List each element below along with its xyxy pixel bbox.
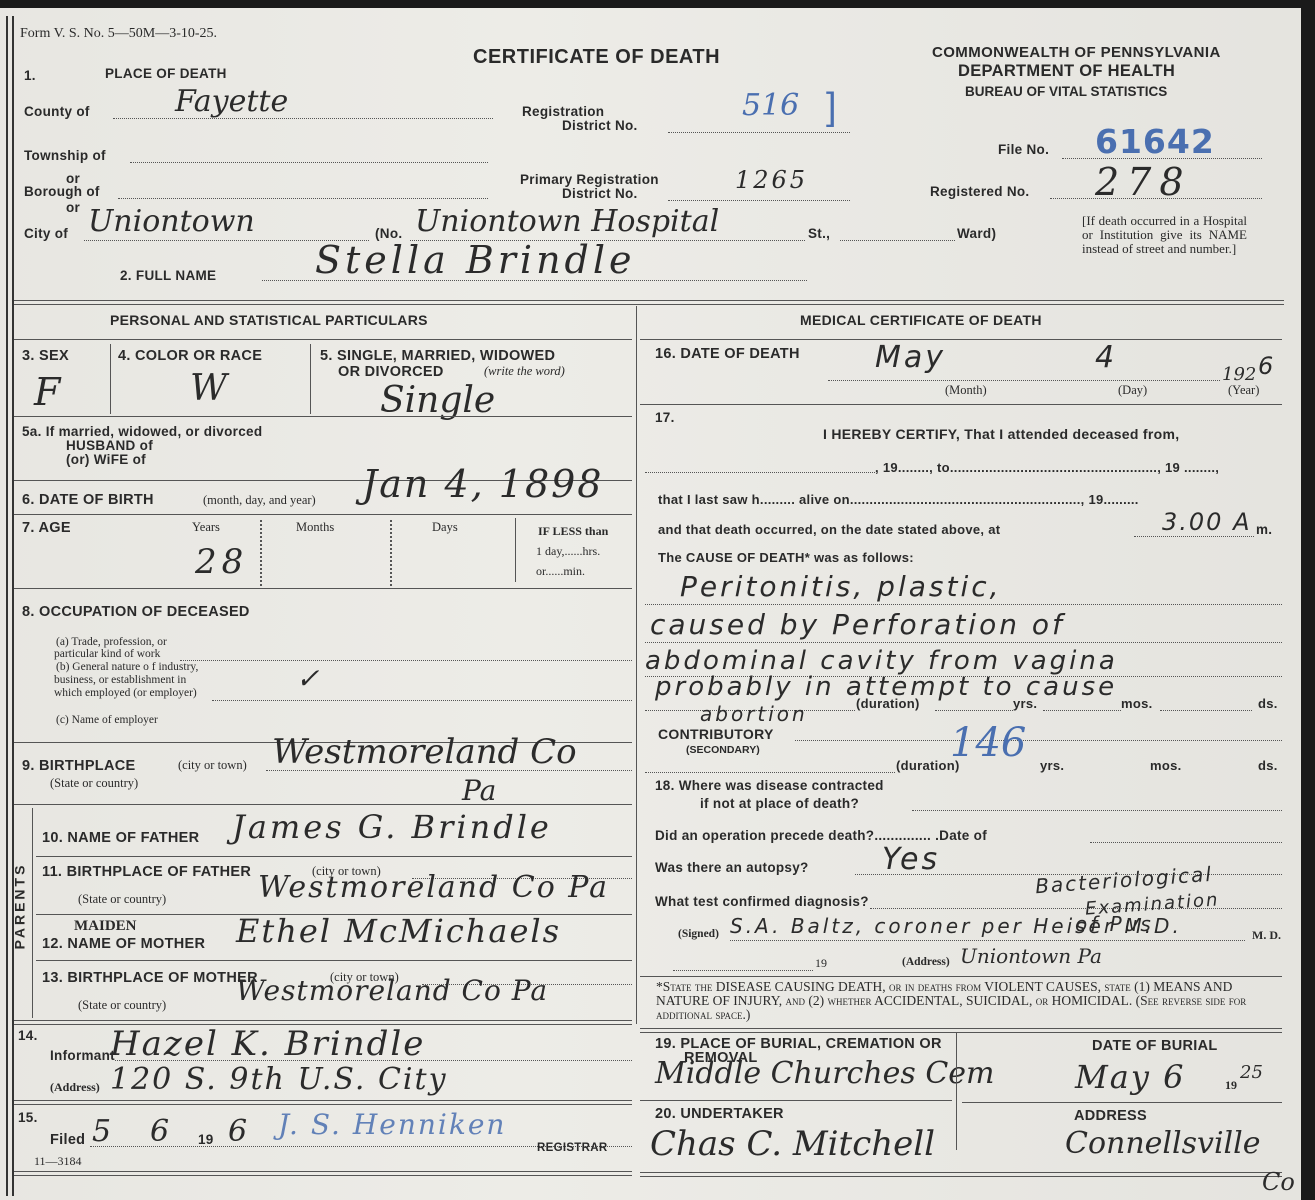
sex-value: F	[34, 370, 60, 414]
occupation-a-label2: particular kind of work	[54, 648, 160, 660]
last-seen-line: that I last saw h......... alive on.....…	[658, 492, 1139, 507]
disease-contracted-label2: if not at place of death?	[700, 796, 859, 811]
stamp-number: 146	[950, 720, 1026, 766]
informant-address-label: (Address)	[50, 1080, 100, 1095]
days-label: ds.	[1258, 758, 1278, 773]
filed-year-prefix: 19	[198, 1132, 214, 1147]
agency-line1: COMMONWEALTH OF PENNSYLVANIA	[932, 44, 1221, 61]
parents-side-label: PARENTS	[11, 863, 27, 950]
death-month-value: May	[875, 340, 946, 375]
ward-label: Ward)	[957, 226, 996, 241]
primary-registration-label: Primary Registration	[520, 172, 659, 187]
cause-line	[645, 642, 1282, 643]
age-months-label: Months	[296, 520, 334, 535]
state-label: (State or country)	[50, 776, 138, 791]
borough-field-line	[118, 198, 488, 199]
burial-year-value: 25	[1240, 1062, 1263, 1083]
state-label: (State or country)	[78, 892, 166, 907]
death-certificate-page: Form V. S. No. 5—50M—3-10-25. CERTIFICAT…	[0, 8, 1301, 1200]
husband-label: HUSBAND of	[66, 438, 153, 453]
signature-date-line	[673, 970, 813, 971]
cause-line-2: caused by Perforation of	[650, 608, 1065, 641]
burial-date-value: May 6	[1075, 1058, 1185, 1096]
occupation-check-mark: ✓	[296, 662, 319, 695]
place-of-death-heading: PLACE OF DEATH	[105, 66, 227, 81]
occupation-a-label: (a) Trade, profession, or	[56, 636, 167, 648]
print-code: 11—3184	[34, 1154, 82, 1169]
row-divider	[640, 1100, 952, 1101]
operation-date-line	[1090, 842, 1282, 843]
birthplace-hint: (city or town)	[178, 758, 247, 773]
personal-heading: PERSONAL AND STATISTICAL PARTICULARS	[110, 312, 428, 328]
filed-year: 6	[228, 1114, 247, 1149]
autopsy-label: Was there an autopsy?	[655, 860, 809, 875]
dob-value: Jan 4, 1898	[362, 462, 603, 506]
duration-days-line	[1160, 710, 1252, 711]
page-title: CERTIFICATE OF DEATH	[473, 46, 720, 69]
month-caption: (Month)	[945, 383, 987, 398]
section-divider	[640, 1028, 1282, 1033]
undertaker-value: Chas C. Mitchell	[650, 1124, 935, 1164]
mother-birthplace-label: 13. BIRTHPLACE OF MOTHER	[42, 970, 258, 986]
section-divider	[14, 300, 1284, 305]
township-field-line	[130, 162, 488, 163]
time-suffix: m.	[1256, 522, 1272, 537]
years-label: yrs.	[1013, 696, 1037, 711]
diagnosis-test-label: What test confirmed diagnosis?	[655, 894, 869, 909]
city-value: Uniontown	[88, 204, 255, 239]
duration-label: (duration)	[896, 758, 960, 773]
days-label: ds.	[1258, 696, 1278, 711]
occupation-b-label2: business, or establishment in	[54, 674, 186, 686]
father-birthplace-label: 11. BIRTHPLACE OF FATHER	[42, 864, 251, 880]
occupation-b-label3: which employed (or employer)	[54, 687, 197, 699]
cause-line	[645, 604, 1282, 605]
cell-divider	[515, 518, 516, 582]
row-divider	[640, 339, 1282, 340]
registrar-label: REGISTRAR	[537, 1142, 607, 1154]
registration-district-label: Registration	[522, 104, 604, 119]
occupation-label: 8. OCCUPATION OF DECEASED	[22, 604, 250, 620]
section-divider	[14, 1171, 632, 1176]
undertaker-address-value: Connellsville	[1065, 1126, 1260, 1161]
primary-registration-label2: District No.	[562, 186, 638, 201]
contributory-line	[795, 740, 1282, 741]
dob-label: 6. DATE OF BIRTH	[22, 492, 154, 508]
row-divider	[14, 416, 632, 417]
informant-label: Informant	[50, 1048, 115, 1063]
row-divider	[36, 960, 632, 961]
row-divider	[14, 339, 632, 340]
full-name-label: 2. FULL NAME	[120, 268, 216, 283]
marital-label: 5. SINGLE, MARRIED, WIDOWED	[320, 348, 555, 364]
agency-line2: DEPARTMENT OF HEALTH	[958, 62, 1175, 81]
form-number: Form V. S. No. 5—50M—3-10-25.	[20, 26, 217, 42]
or-label: or	[66, 200, 80, 215]
hospital-value: Uniontown Hospital	[415, 204, 719, 239]
filed-label: Filed	[50, 1132, 85, 1148]
race-label: 4. COLOR OR RACE	[118, 348, 262, 364]
attended-period: , 19........, to........................…	[875, 460, 1219, 475]
cell-divider	[310, 344, 311, 414]
duration-line	[645, 772, 895, 773]
informant-number: 14.	[18, 1028, 38, 1043]
section-divider	[640, 1172, 1282, 1177]
city-label: City of	[24, 226, 68, 241]
county-field-line	[113, 118, 493, 119]
age-years-value: 28	[195, 542, 248, 582]
registration-district-label2: District No.	[562, 118, 638, 133]
file-number-label: File No.	[998, 142, 1049, 157]
row-divider	[14, 588, 632, 589]
md-label: M. D.	[1252, 928, 1281, 943]
district-field-line	[668, 132, 850, 133]
physician-signature: S.A. Baltz, coroner per Heiser M.D.	[730, 914, 1182, 938]
duration-years-line	[935, 710, 1013, 711]
primary-district-value: 1265	[735, 166, 808, 194]
duration-months-line	[1043, 710, 1121, 711]
medical-heading: MEDICAL CERTIFICATE OF DEATH	[800, 312, 1042, 328]
registered-number-label: Registered No.	[930, 184, 1029, 199]
informant-address-value: 120 S. 9th U.S. City	[110, 1062, 448, 1097]
burial-place-value: Middle Churches Cem	[655, 1056, 995, 1091]
column-divider	[636, 306, 637, 1024]
secondary-label: (SECONDARY)	[686, 744, 760, 756]
cause-line-1: Peritonitis, plastic,	[680, 570, 1002, 603]
burial-date-label: DATE OF BURIAL	[1092, 1038, 1218, 1054]
occupation-a-line	[180, 660, 632, 661]
undertaker-address-label: ADDRESS	[1074, 1108, 1147, 1124]
disease-contracted-label: 18. Where was disease contracted	[655, 778, 884, 793]
certify-statement: I HEREBY CERTIFY, That I attended deceas…	[823, 426, 1179, 442]
burial-year-prefix: 19	[1225, 1078, 1237, 1093]
full-name-value: Stella Brindle	[315, 238, 636, 282]
date-of-death-label: 16. DATE OF DEATH	[655, 346, 800, 362]
cause-of-death-label: The CAUSE OF DEATH* was as follows:	[658, 550, 914, 565]
cause-footnote: *State the DISEASE CAUSING DEATH, or in …	[656, 980, 1278, 1022]
death-year-value: 6	[1258, 352, 1276, 380]
informant-value: Hazel K. Brindle	[110, 1024, 425, 1064]
contributory-label: CONTRIBUTORY	[658, 726, 774, 742]
filed-number: 15.	[18, 1110, 38, 1125]
marital-value: Single	[380, 380, 495, 421]
undertaker-label: 20. UNDERTAKER	[655, 1106, 784, 1122]
cell-divider	[260, 520, 262, 586]
county-label: County of	[24, 104, 90, 119]
age-days-label: Days	[432, 520, 458, 535]
marital-hint: (write the word)	[484, 364, 565, 379]
borough-label: Borough of	[24, 184, 100, 199]
employer-label: (c) Name of employer	[56, 714, 158, 726]
death-time-line	[1134, 536, 1254, 537]
cell-divider	[956, 1032, 957, 1150]
birthplace-label: 9. BIRTHPLACE	[22, 758, 135, 774]
marital-label2: OR DIVORCED	[338, 364, 444, 380]
parents-bracket	[32, 808, 33, 1018]
birthplace-state-value: Pa	[462, 774, 496, 807]
maiden-label: MAIDEN	[74, 918, 137, 935]
age-min-label: or......min.	[536, 564, 585, 579]
left-border	[6, 16, 14, 1196]
registered-number-value: 278	[1095, 160, 1192, 204]
occupation-b-line	[212, 700, 632, 701]
physician-address-label: (Address)	[902, 956, 950, 968]
death-time-label: and that death occurred, on the date sta…	[658, 522, 1000, 537]
age-label: 7. AGE	[22, 520, 71, 536]
father-name-label: 10. NAME OF FATHER	[42, 830, 199, 846]
district-value: 516	[742, 88, 799, 123]
row-divider	[640, 976, 1282, 977]
day-caption: (Day)	[1118, 383, 1147, 398]
attended-from-line	[645, 472, 875, 473]
row-divider	[640, 404, 1282, 405]
months-label: mos.	[1121, 696, 1153, 711]
filed-month: 5	[92, 1114, 111, 1149]
section-divider	[14, 1100, 632, 1105]
agency-line3: BUREAU OF VITAL STATISTICS	[965, 84, 1167, 99]
autopsy-value: Yes	[882, 842, 940, 877]
row-divider	[14, 514, 632, 515]
state-label: (State or country)	[78, 998, 166, 1013]
operation-label: Did an operation precede death?.........…	[655, 828, 987, 843]
primary-district-line	[668, 200, 850, 201]
sex-label: 3. SEX	[22, 348, 69, 364]
county-value: Fayette	[175, 84, 288, 119]
duration-label: (duration)	[856, 696, 920, 711]
file-number-value: 61642	[1095, 122, 1215, 161]
cause-line-5: abortion	[700, 702, 808, 726]
row-divider	[962, 1102, 1282, 1103]
section-number: 1.	[24, 68, 36, 83]
father-birthplace-value: Westmoreland Co Pa	[258, 870, 609, 905]
filed-day: 6	[150, 1114, 169, 1149]
row-divider	[36, 856, 632, 857]
death-year-prefix: 192	[1222, 364, 1256, 385]
undertaker-address-value2: Co	[1262, 1168, 1295, 1196]
cell-divider	[110, 344, 111, 414]
occupation-b-label: (b) General nature o f industry,	[56, 661, 198, 673]
birthplace-value: Westmoreland Co	[272, 732, 577, 772]
mother-name-value: Ethel McMichaels	[236, 912, 561, 950]
row-divider	[14, 804, 632, 805]
spouse-label: 5a. If married, widowed, or divorced	[22, 424, 262, 439]
street-label: St.,	[808, 226, 830, 241]
death-date-line	[828, 380, 1220, 381]
age-less-label: IF LESS than	[538, 524, 608, 539]
years-label: yrs.	[1040, 758, 1064, 773]
year-caption: (Year)	[1228, 383, 1259, 398]
physician-address-value: Uniontown Pa	[960, 944, 1102, 968]
ward-field-line	[840, 240, 955, 241]
signature-line	[730, 940, 1245, 941]
bracket-mark: ]	[826, 86, 837, 129]
dob-hint: (month, day, and year)	[203, 493, 316, 508]
certify-number: 17.	[655, 410, 675, 425]
mother-name-label: 12. NAME OF MOTHER	[42, 936, 205, 952]
signature-year-prefix: 19	[815, 956, 827, 971]
signed-label: (Signed)	[678, 928, 719, 940]
township-label: Township of	[24, 148, 106, 163]
months-label: mos.	[1150, 758, 1182, 773]
age-years-label: Years	[192, 520, 220, 535]
age-hours-label: 1 day,......hrs.	[536, 544, 600, 559]
cell-divider	[390, 520, 392, 586]
father-name-value: James G. Brindle	[232, 808, 552, 846]
disease-contracted-line	[912, 810, 1282, 811]
registrar-signature: J. S. Henniken	[278, 1108, 506, 1141]
hospital-instruction-note: [If death occurred in a Hospital or Inst…	[1082, 214, 1247, 256]
mother-birthplace-value: Westmoreland Co Pa	[236, 974, 548, 1007]
race-value: W	[190, 368, 227, 409]
death-time-value: 3.00 A	[1162, 508, 1251, 536]
wife-label: (or) WiFE of	[66, 452, 146, 467]
diagnosis-line	[870, 908, 1282, 909]
death-day-value: 4	[1095, 340, 1117, 375]
